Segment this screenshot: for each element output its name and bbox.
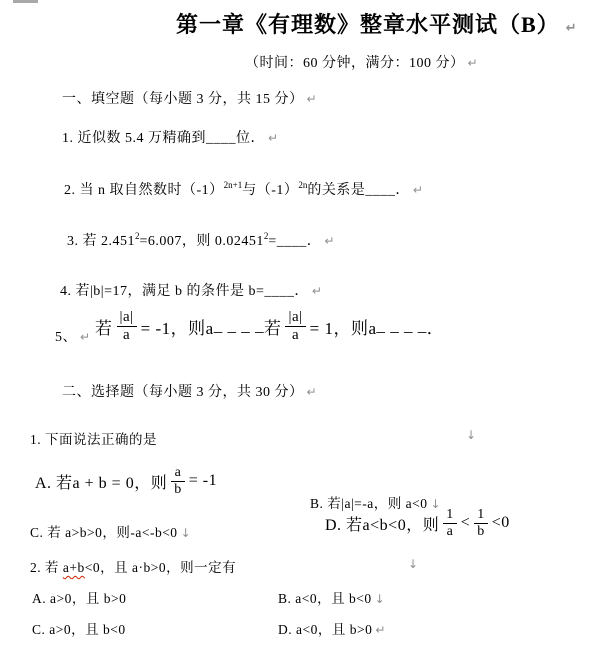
doc-subtitle: （时间：60 分钟，满分：100 分） xyxy=(245,56,465,71)
fraction-abs-a-over-a: |a| a xyxy=(117,309,137,343)
fill-q2-exponent-2: 2n xyxy=(298,180,307,190)
fill-q2-text-2: 与（-1） xyxy=(242,183,298,198)
fill-q5-ruo-1: 若 xyxy=(95,314,113,339)
fill-q2-text-3: 的关系是____． xyxy=(307,183,410,198)
paragraph-mark: ↵ xyxy=(268,131,278,145)
fill-q3-text-1: 3. 若 2.451 xyxy=(67,234,135,249)
fill-section-heading-line: 一、填空题（每小题 3 分，共 15 分）↵ xyxy=(62,88,317,108)
choice-q2-option-a: A. a>0，且 b>0 xyxy=(32,587,126,607)
fraction-denominator: a xyxy=(285,326,305,344)
choice-q1-option-d-lt: < xyxy=(461,514,471,532)
choice-q2-option-c-text: C. a>0，且 b<0 xyxy=(32,622,126,637)
choice-q1-option-a: A. 若a + b = 0，则 a b = -1 xyxy=(35,461,217,501)
paragraph-mark: ↵ xyxy=(307,92,317,106)
fraction-1-over-a: 1 a xyxy=(443,507,457,539)
fraction-abs-a-over-a: |a| a xyxy=(285,309,305,343)
fill-section-heading: 一、填空题（每小题 3 分，共 15 分） xyxy=(62,92,304,107)
choice-q1-option-c-text: C. 若 a>b>0，则-a<-b<0 xyxy=(30,525,178,540)
paragraph-mark: ↵ xyxy=(307,385,317,399)
fill-q3-exponent-2: 2 xyxy=(264,231,269,241)
fraction-numerator: 1 xyxy=(443,507,457,522)
paragraph-mark: ↵ xyxy=(324,234,334,248)
fill-q5-blank-1: _ _ _ _ xyxy=(214,316,264,336)
choice-q2-option-c: C. a>0，且 b<0 xyxy=(32,618,126,638)
fill-q3-line: 3. 若 2.4512=6.007，则 0.024512=____．↵ xyxy=(67,230,334,250)
choice-q1-stem: 1. 下面说法正确的是 xyxy=(30,428,157,448)
doc-title-line: 第一章《有理数》整章水平测试（B）↵ xyxy=(176,8,577,39)
choice-q1-option-a-text-1: A. 若a + b = 0，则 xyxy=(35,470,167,493)
paragraph-mark: ↵ xyxy=(80,330,90,344)
fraction-numerator: |a| xyxy=(117,309,137,326)
fraction-1-over-b: 1 b xyxy=(474,507,488,539)
fill-q5-formula: 若 |a| a = -1，则a_ _ _ _若 |a| a = 1，则a_ _ … xyxy=(95,303,444,349)
choice-q2-stem: 2. 若 a+b<0，且 a·b>0，则一定有 xyxy=(30,556,236,576)
fill-q5-number: 5、 xyxy=(55,330,77,345)
fill-q3-text-3: =____． xyxy=(268,234,321,249)
fill-q5-eq-2: = 1，则a xyxy=(310,314,377,339)
linebreak-mark: ↓ xyxy=(408,557,418,571)
choice-q1-option-a-text-2: = -1 xyxy=(189,472,217,490)
fraction-denominator: a xyxy=(443,523,457,539)
fraction-a-over-b: a b xyxy=(171,465,185,497)
fraction-denominator: a xyxy=(117,326,137,344)
fill-q5-blank-2: _ _ _ _ xyxy=(377,316,427,336)
fill-q4-line: 4. 若|b|=17，满足 b 的条件是 b=____．↵ xyxy=(60,280,322,300)
linebreak-mark: ↓ xyxy=(375,592,385,606)
choice-q2-stem-text-1: 2. 若 xyxy=(30,560,63,575)
paragraph-mark: ↵ xyxy=(566,21,577,36)
fraction-numerator: |a| xyxy=(285,309,305,326)
fraction-numerator: 1 xyxy=(474,507,488,522)
choice-q2-option-a-text: A. a>0，且 b>0 xyxy=(32,591,126,606)
fill-q4-text: 4. 若|b|=17，满足 b 的条件是 b=____． xyxy=(60,284,309,299)
choice-q2-spellcheck-text: a+b xyxy=(63,560,85,575)
paragraph-mark: ↵ xyxy=(468,56,478,70)
paragraph-mark: ↵ xyxy=(375,623,385,637)
choice-q1-option-c: C. 若 a>b>0，则-a<-b<0↓ xyxy=(30,521,191,541)
document-page: 第一章《有理数》整章水平测试（B）↵ （时间：60 分钟，满分：100 分）↵ … xyxy=(0,0,598,647)
choice-q2-option-d: D. a<0，且 b>0↵ xyxy=(278,618,385,638)
choice-q1-option-d: D. 若a<b<0，则 1 a < 1 b <0 xyxy=(325,503,510,543)
doc-subtitle-line: （时间：60 分钟，满分：100 分）↵ xyxy=(245,52,478,72)
fill-q2-line: 2. 当 n 取自然数时（-1）2n+1与（-1）2n的关系是____．↵ xyxy=(64,179,423,199)
choice-section-heading: 二、选择题（每小题 3 分，共 30 分） xyxy=(62,385,304,400)
fill-q1-text: 1. 近似数 5.4 万精确到____位． xyxy=(62,131,265,146)
fill-q5-ruo-2: 若 xyxy=(264,314,282,339)
choice-q1-stem-text: 1. 下面说法正确的是 xyxy=(30,432,157,447)
fill-q3-exponent-1: 2 xyxy=(135,231,140,241)
choice-q2-option-b: B. a<0，且 b<0↓ xyxy=(278,587,385,607)
paragraph-mark: ↵ xyxy=(413,183,423,197)
choice-q1-option-d-text-2: <0 xyxy=(492,514,510,532)
fill-q3-text-2: =6.007，则 0.02451 xyxy=(140,234,264,249)
choice-q1-option-d-text-1: D. 若a<b<0，则 xyxy=(325,512,439,535)
fill-q5-eq-1: = -1，则a xyxy=(141,314,214,339)
paragraph-mark: ↵ xyxy=(312,284,322,298)
choice-q2-option-b-text: B. a<0，且 b<0 xyxy=(278,591,372,606)
choice-q2-stem-text-2: <0，且 a·b>0，则一定有 xyxy=(85,560,236,575)
fill-q5-number-line: 5、↵ xyxy=(55,326,90,346)
fraction-denominator: b xyxy=(171,481,185,497)
doc-title: 第一章《有理数》整章水平测试（B） xyxy=(176,12,560,37)
linebreak-mark: ↓ xyxy=(181,526,191,540)
fill-q2-exponent-1: 2n+1 xyxy=(224,180,243,190)
fraction-denominator: b xyxy=(474,523,488,539)
choice-section-heading-line: 二、选择题（每小题 3 分，共 30 分）↵ xyxy=(62,381,317,401)
choice-q2-option-d-text: D. a<0，且 b>0 xyxy=(278,622,372,637)
fill-q1-line: 1. 近似数 5.4 万精确到____位．↵ xyxy=(62,127,278,147)
fill-q5-end: ． xyxy=(427,314,445,339)
linebreak-mark: ↓ xyxy=(466,428,476,442)
fraction-numerator: a xyxy=(172,465,185,480)
top-left-crop-bar xyxy=(13,0,38,3)
fill-q2-text-1: 2. 当 n 取自然数时（-1） xyxy=(64,183,224,198)
